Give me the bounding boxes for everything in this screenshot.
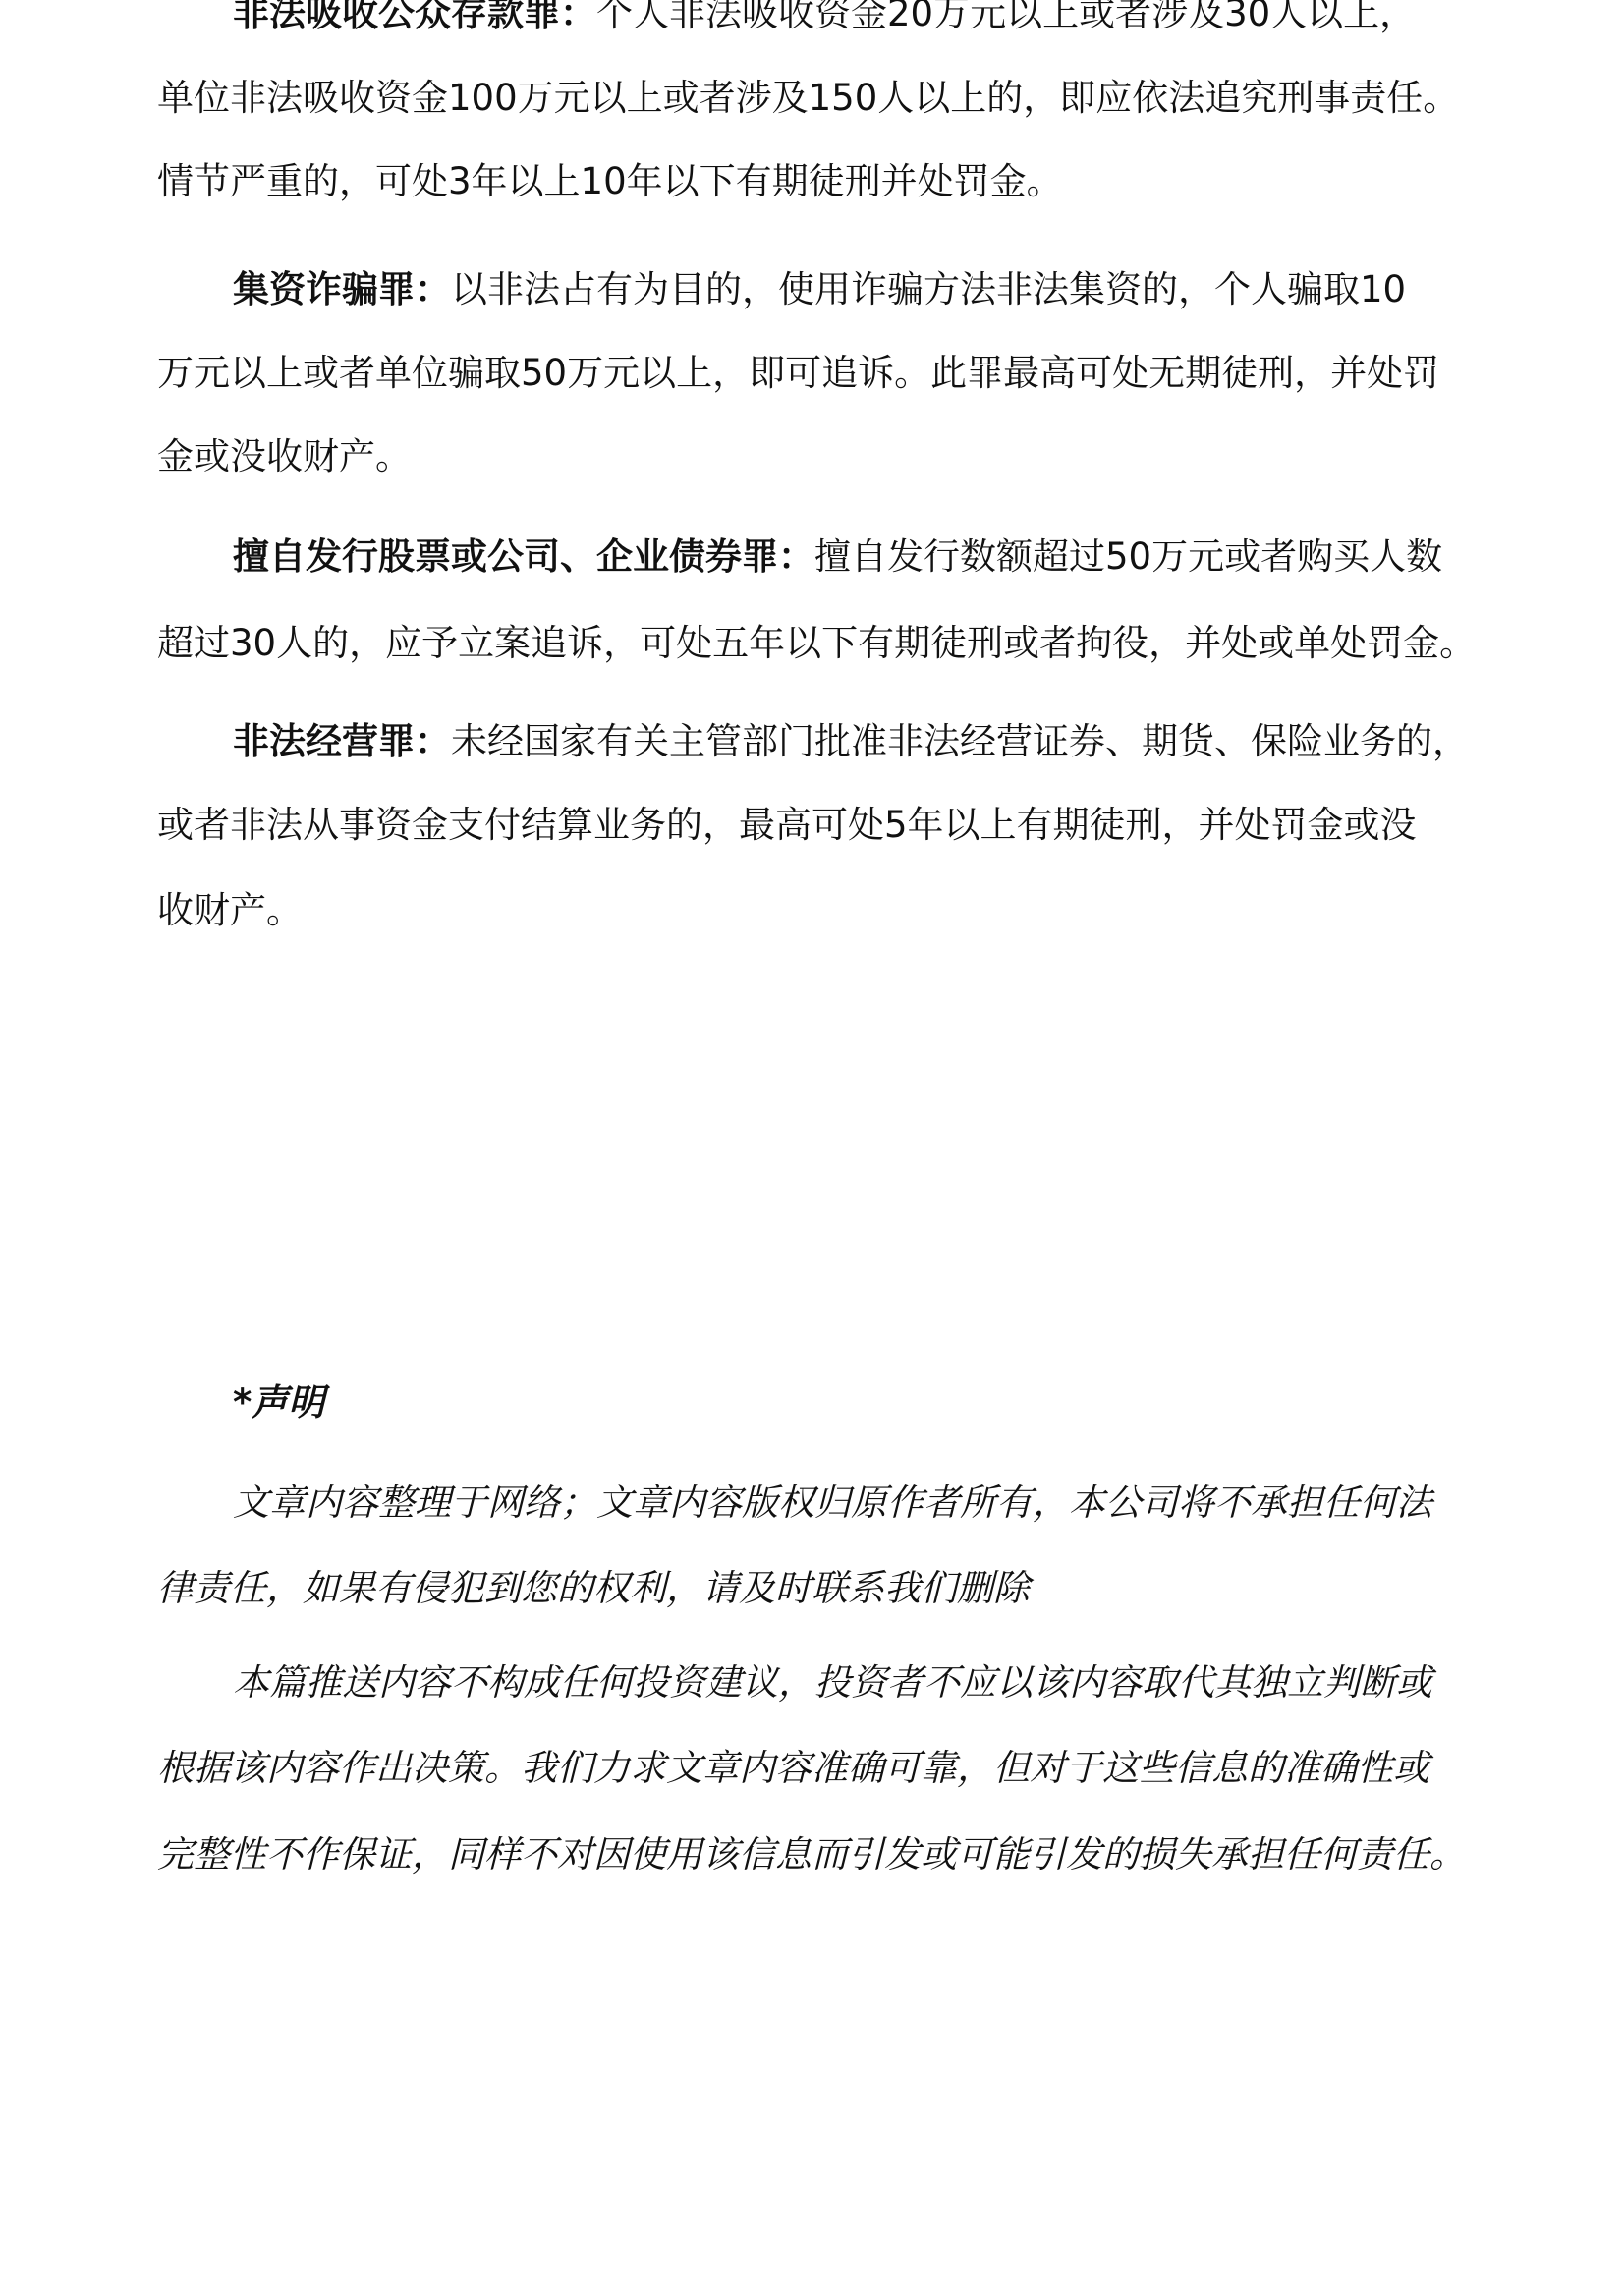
paragraph-line: 文章内容整理于网络；文章内容版权归原作者所有，本公司将不承担任何法 [233,1482,1432,1525]
crime-term: 非法吸收公众存款罪： [233,0,596,34]
paragraph-line: 律责任，如果有侵犯到您的权利，请及时联系我们删除 [157,1567,1030,1610]
crime-term: 集资诈骗罪： [233,268,451,310]
paragraph-line: 集资诈骗罪：以非法占有为目的，使用诈骗方法非法集资的，个人骗取10 [233,268,1406,311]
paragraph-line: 擅自发行股票或公司、企业债券罪：擅自发行数额超过50万元或者购买人数 [233,535,1442,579]
paragraph-line: 完整性不作保证，同样不对因使用该信息而引发或可能引发的损失承担任何责任。 [157,1833,1466,1876]
crime-term: 非法经营罪： [233,720,451,762]
paragraph-line: 本篇推送内容不构成任何投资建议，投资者不应以该内容取代其独立判断或 [233,1661,1432,1705]
disclaimer-title: *声明 [233,1381,324,1425]
paragraph-line: 根据该内容作出决策。我们力求文章内容准确可靠，但对于这些信息的准确性或 [157,1747,1429,1790]
paragraph-line: 或者非法从事资金支付结算业务的，最高可处5年以上有期徒刑，并处罚金或没 [157,804,1417,847]
paragraph-line: 情节严重的，可处3年以上10年以下有期徒刑并处罚金。 [157,160,1063,203]
crime-description: 以非法占有为目的，使用诈骗方法非法集资的，个人骗取10 [451,268,1406,310]
crime-term: 擅自发行股票或公司、企业债券罪： [233,535,814,578]
crime-description: 个人非法吸收资金20万元以上或者涉及30人以上， [596,0,1416,34]
paragraph-line: 收财产。 [157,889,303,932]
paragraph-line: 超过30人的，应予立案追诉，可处五年以下有期徒刑或者拘役，并处或单处罚金。 [157,622,1476,665]
crime-description: 未经国家有关主管部门批准非法经营证券、期货、保险业务的， [451,720,1469,762]
crime-description: 擅自发行数额超过50万元或者购买人数 [814,535,1442,578]
paragraph-line: 单位非法吸收资金100万元以上或者涉及150人以上的，即应依法追究刑事责任。 [157,77,1459,120]
paragraph-line: 非法吸收公众存款罪：个人非法吸收资金20万元以上或者涉及30人以上， [233,0,1416,35]
paragraph-line: 万元以上或者单位骗取50万元以上，即可追诉。此罪最高可处无期徒刑，并处罚 [157,352,1439,395]
paragraph-line: 非法经营罪：未经国家有关主管部门批准非法经营证券、期货、保险业务的， [233,720,1469,763]
paragraph-line: 金或没收财产。 [157,435,412,478]
